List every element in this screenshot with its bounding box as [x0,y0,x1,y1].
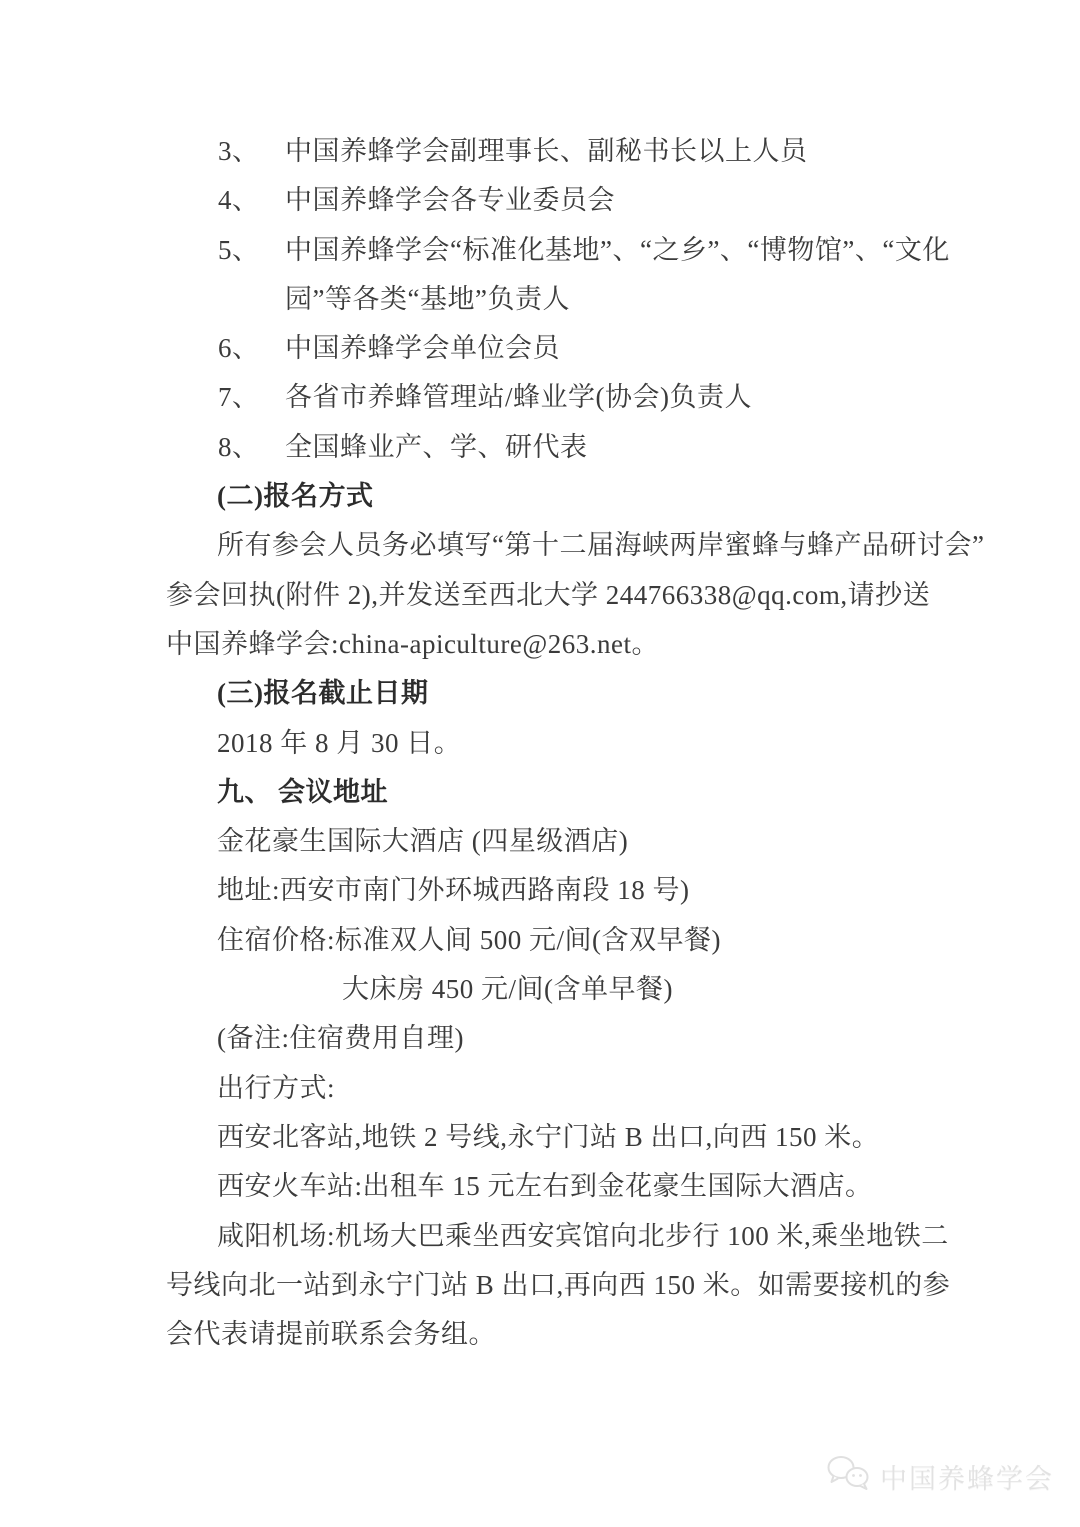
list-number: 3、 [218,127,285,176]
travel-line-north-station: 西安北客站,地铁 2 号线,永宁门站 B 出口,向西 150 米。 [217,1113,966,1162]
list-item-text: 中国养蜂学会各专业委员会 [285,185,615,215]
list-item-text: 全国蜂业产、学、研代表 [285,432,588,462]
list-item-6: 6、中国养蜂学会单位会员 [218,324,966,373]
section-heading-text: 会议地址 [278,777,388,807]
section-heading-deadline: (三)报名截止日期 [217,669,966,718]
list-item-text: 园”等各类“基地”负责人 [285,284,570,314]
list-item-4: 4、中国养蜂学会各专业委员会 [218,176,966,225]
list-number: 4、 [218,176,285,225]
travel-line-airport-1: 咸阳机场:机场大巴乘坐西安宾馆向北步行 100 米,乘坐地铁二 [217,1212,966,1261]
list-item-8: 8、全国蜂业产、学、研代表 [218,423,966,472]
list-number: 8、 [218,423,285,472]
watermark-label: 中国养蜂学会 [880,1457,1054,1496]
travel-label-line: 出行方式: [217,1064,966,1113]
list-number: 7、 [218,373,285,422]
paragraph-signup-line2: 参会回执(附件 2),并发送至西北大学 244766338@qq.com,请抄送 [166,571,966,620]
list-number: 6、 [218,324,285,373]
section-heading-venue: 九、会议地址 [217,768,966,817]
document-body: 3、中国养蜂学会副理事长、副秘书长以上人员 4、中国养蜂学会各专业委员会 5、中… [166,127,966,1359]
scanned-document-page: 3、中国养蜂学会副理事长、副秘书长以上人员 4、中国养蜂学会各专业委员会 5、中… [0,0,1080,1527]
paragraph-signup-line1: 所有参会人员务必填写“第十二届海峡两岸蜜蜂与蜂产品研讨会” [217,521,966,570]
section-number: 九、 [217,768,278,817]
travel-line-airport-2: 号线向北一站到永宁门站 B 出口,再向西 150 米。如需要接机的参 [166,1261,966,1310]
list-item-text: 中国养蜂学会副理事长、副秘书长以上人员 [285,136,808,166]
travel-line-railway-station: 西安火车站:出租车 15 元左右到金花豪生国际大酒店。 [217,1162,966,1211]
paragraph-deadline: 2018 年 8 月 30 日。 [217,719,966,768]
venue-hotel-line: 金花豪生国际大酒店 (四星级酒店) [217,817,966,866]
paragraph-signup-line3: 中国养蜂学会:china-apiculture@263.net。 [166,620,966,669]
wechat-icon [826,1454,872,1499]
list-item-7: 7、各省市养蜂管理站/蜂业学(协会)负责人 [218,373,966,422]
travel-line-airport-3: 会代表请提前联系会务组。 [166,1310,966,1359]
section-heading-signup: (二)报名方式 [217,472,966,521]
list-number: 5、 [218,226,285,275]
list-item-3: 3、中国养蜂学会副理事长、副秘书长以上人员 [218,127,966,176]
venue-note-line: (备注:住宿费用自理) [217,1014,966,1063]
list-item-text: 中国养蜂学会单位会员 [285,333,560,363]
venue-price-line1: 住宿价格:标准双人间 500 元/间(含双早餐) [217,916,966,965]
list-item-text: 各省市养蜂管理站/蜂业学(协会)负责人 [285,382,752,412]
venue-address-line: 地址:西安市南门外环城西路南段 18 号) [217,866,966,915]
watermark: 中国养蜂学会 [826,1454,1054,1499]
venue-price-line2: 大床房 450 元/间(含单早餐) [342,965,966,1014]
list-item-text: 中国养蜂学会“标准化基地”、“之乡”、“博物馆”、“文化 [285,235,950,265]
list-item-5: 5、中国养蜂学会“标准化基地”、“之乡”、“博物馆”、“文化 [218,226,966,275]
list-item-5-wrap: 园”等各类“基地”负责人 [285,275,966,324]
